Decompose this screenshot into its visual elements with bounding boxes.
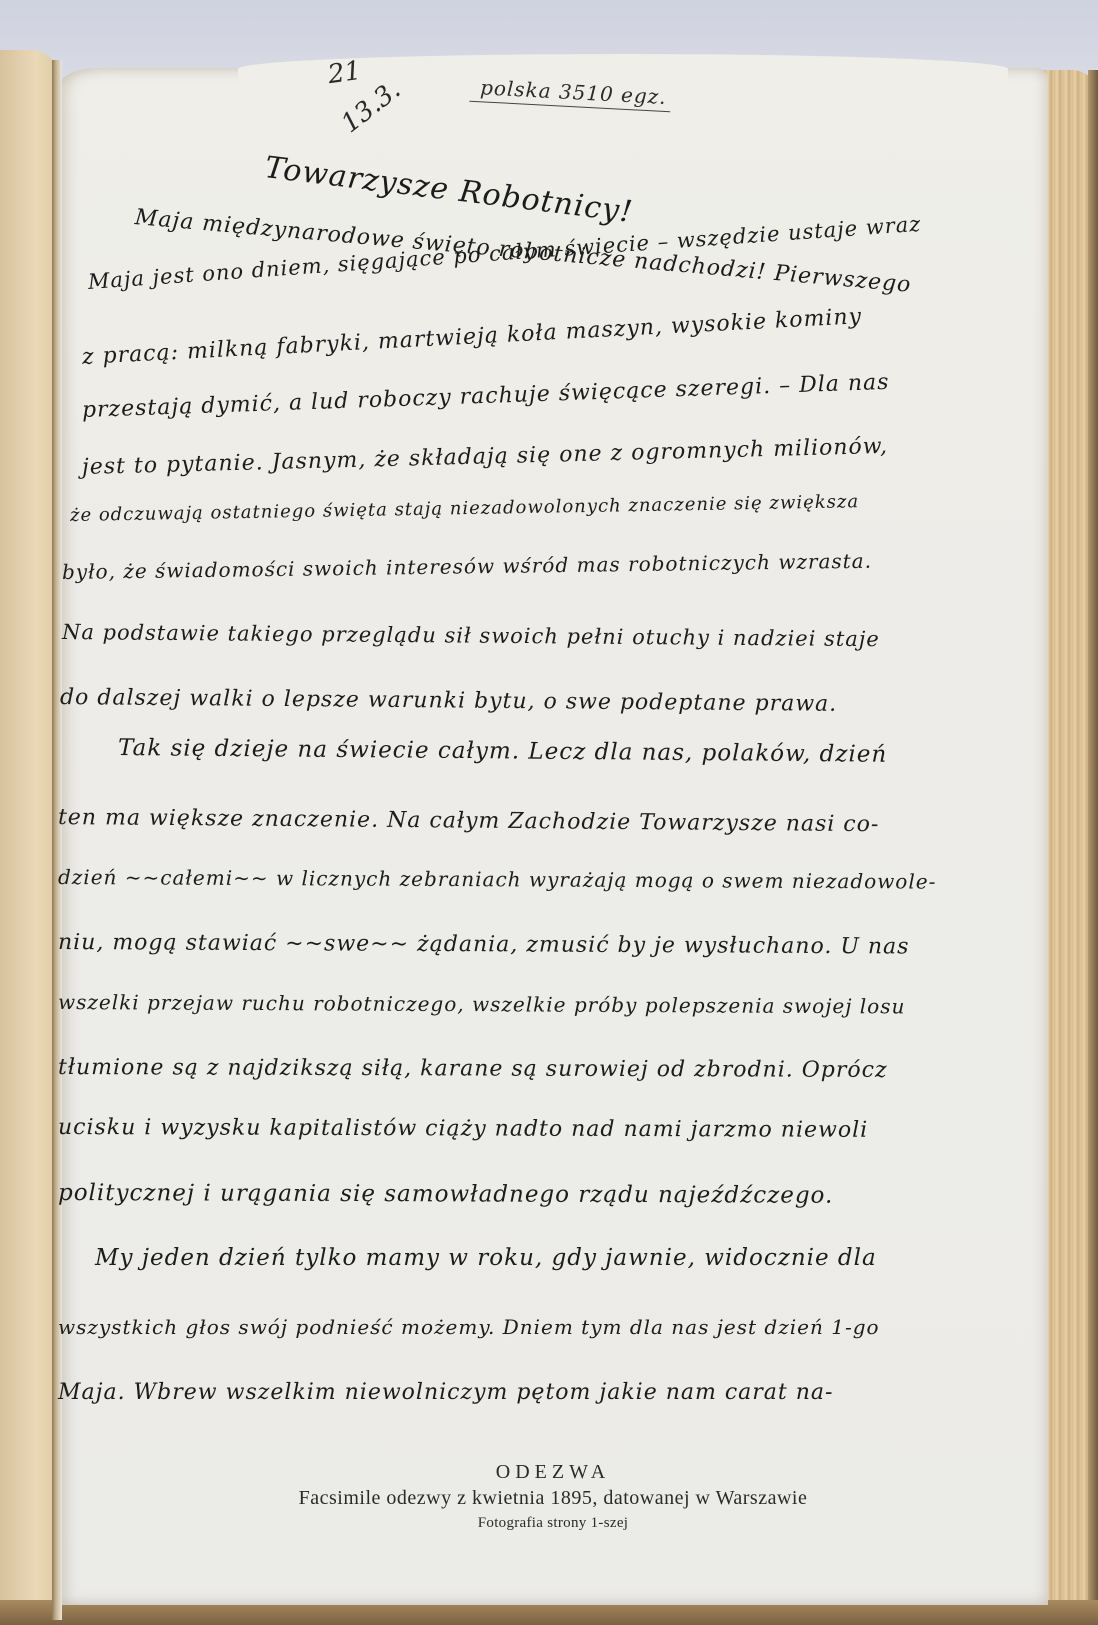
letter-line: politycznej i urągania się samowładnego … xyxy=(58,1180,833,1209)
letter-line: wszelki przejaw ruchu robotniczego, wsze… xyxy=(58,990,906,1018)
letter-line: niu, mogą stawiać ~~swe~~ żądania, zmusi… xyxy=(58,930,910,959)
letter-line: dzień ~~całemi~~ w licznych zebraniach w… xyxy=(58,865,937,894)
letter-line: My jeden dzień tylko mamy w roku, gdy ja… xyxy=(95,1245,877,1271)
letter-line: wszystkich głos swój podnieść możemy. Dn… xyxy=(58,1315,880,1339)
book-cover-edge xyxy=(1088,70,1098,1615)
left-page-edge xyxy=(0,50,60,1625)
letter-line: ucisku i wyzysku kapitalistów ciąży nadt… xyxy=(58,1115,868,1143)
letter-line: tłumione są z najdzikszą siłą, karane są… xyxy=(58,1055,888,1083)
book-page xyxy=(58,68,1048,1605)
margin-number-top: 21 xyxy=(326,56,363,90)
letter-line: Maja. Wbrew wszelkim niewolniczym pętom … xyxy=(58,1380,833,1405)
caption-subtitle: Facsimile odezwy z kwietnia 1895, datowa… xyxy=(58,1487,1048,1510)
caption-note: Fotografia strony 1-szej xyxy=(58,1515,1048,1532)
caption-title: ODEZWA xyxy=(58,1461,1048,1484)
